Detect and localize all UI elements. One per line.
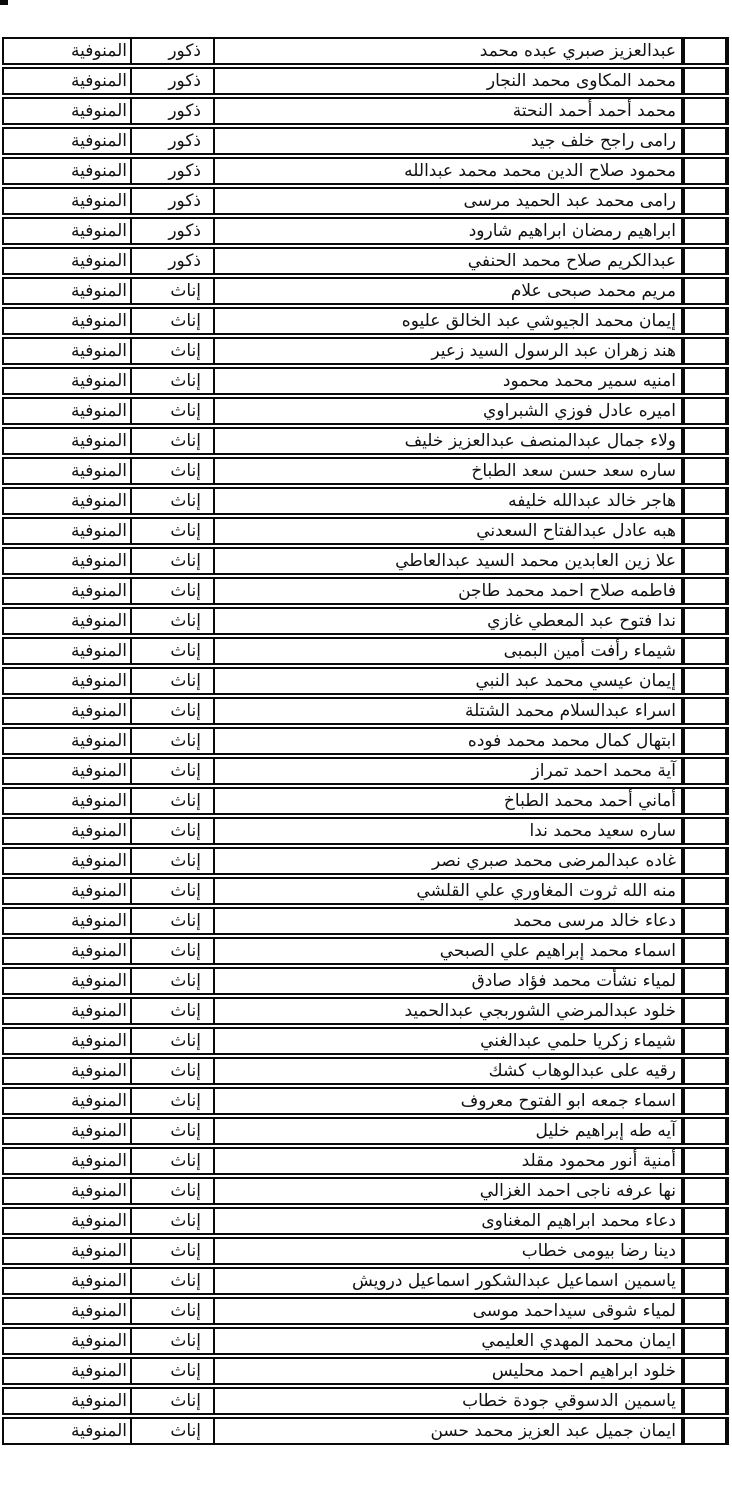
name-cell: ساره سعد حسن سعد الطباخ (213, 457, 681, 485)
table-row: اميره عادل فوزي الشبراويإناثالمنوفية (2, 397, 729, 425)
table-row: رامى محمد عبد الحميد مرسىذكورالمنوفية (2, 187, 729, 215)
name-cell: منه الله ثروت المغاوري علي القلشي (213, 877, 681, 905)
governorate-cell: المنوفية (2, 1057, 130, 1085)
serial-cell (681, 157, 729, 185)
gender-cell: إناث (130, 1177, 213, 1205)
serial-cell (681, 757, 729, 785)
scanned-roster-page: عبدالعزيز صبري عبده محمدذكورالمنوفيةمحمد… (0, 0, 732, 1500)
name-cell: عبدالكريم صلاح محمد الحنفي (213, 247, 681, 275)
governorate-cell: المنوفية (2, 1207, 130, 1235)
serial-cell (681, 937, 729, 965)
gender-cell: إناث (130, 307, 213, 335)
gender-cell: إناث (130, 1237, 213, 1265)
name-cell: عبدالعزيز صبري عبده محمد (213, 37, 681, 65)
governorate-cell: المنوفية (2, 247, 130, 275)
name-cell: ابتهال كمال محمد محمد فوده (213, 727, 681, 755)
table-row: مريم محمد صبحى علامإناثالمنوفية (2, 277, 729, 305)
governorate-cell: المنوفية (2, 637, 130, 665)
name-cell: محمود صلاح الدين محمد محمد عبدالله (213, 157, 681, 185)
table-row: ايمان محمد المهدي العليميإناثالمنوفية (2, 1327, 729, 1355)
name-cell: ساره سعيد محمد ندا (213, 817, 681, 845)
serial-cell (681, 217, 729, 245)
table-row: عبدالعزيز صبري عبده محمدذكورالمنوفية (2, 37, 729, 65)
name-cell: رامى راجح خلف جيد (213, 127, 681, 155)
serial-cell (681, 1117, 729, 1145)
name-cell: أماني أحمد محمد الطباخ (213, 787, 681, 815)
table-row: رقيه على عبدالوهاب كشكإناثالمنوفية (2, 1057, 729, 1085)
table-row: علا زين العابدين محمد السيد عبدالعاطيإنا… (2, 547, 729, 575)
gender-cell: إناث (130, 877, 213, 905)
gender-cell: إناث (130, 1267, 213, 1295)
name-cell: لمياء نشأت محمد فؤاد صادق (213, 967, 681, 995)
serial-cell (681, 367, 729, 395)
name-cell: نها عرفه ناجى احمد الغزالي (213, 1177, 681, 1205)
table-row: اسراء عبدالسلام محمد الشتلةإناثالمنوفية (2, 697, 729, 725)
serial-cell (681, 487, 729, 515)
gender-cell: إناث (130, 517, 213, 545)
name-cell: اسماء جمعه ابو الفتوح معروف (213, 1087, 681, 1115)
governorate-cell: المنوفية (2, 157, 130, 185)
serial-cell (681, 247, 729, 275)
serial-cell (681, 1057, 729, 1085)
gender-cell: إناث (130, 1057, 213, 1085)
gender-cell: ذكور (130, 127, 213, 155)
gender-cell: إناث (130, 697, 213, 725)
governorate-cell: المنوفية (2, 1147, 130, 1175)
gender-cell: إناث (130, 1117, 213, 1145)
serial-cell (681, 337, 729, 365)
name-cell: ياسمين الدسوقي جودة خطاب (213, 1387, 681, 1415)
gender-cell: إناث (130, 847, 213, 875)
table-row: إيمان محمد الجيوشي عبد الخالق عليوهإناثا… (2, 307, 729, 335)
name-cell: فاطمه صلاح احمد محمد طاجن (213, 577, 681, 605)
gender-cell: إناث (130, 667, 213, 695)
governorate-cell: المنوفية (2, 667, 130, 695)
name-cell: غاده عبدالمرضى محمد صبري نصر (213, 847, 681, 875)
gender-cell: ذكور (130, 37, 213, 65)
scan-artifact-mark (0, 0, 8, 5)
governorate-cell: المنوفية (2, 487, 130, 515)
name-cell: دينا رضا بيومى خطاب (213, 1237, 681, 1265)
serial-cell (681, 607, 729, 635)
serial-cell (681, 1327, 729, 1355)
serial-cell (681, 1417, 729, 1445)
serial-cell (681, 127, 729, 155)
governorate-cell: المنوفية (2, 877, 130, 905)
table-row: هبه عادل عبدالفتاح السعدنيإناثالمنوفية (2, 517, 729, 545)
serial-cell (681, 397, 729, 425)
governorate-cell: المنوفية (2, 127, 130, 155)
table-row: محمد أحمد أحمد النحتةذكورالمنوفية (2, 97, 729, 125)
serial-cell (681, 1147, 729, 1175)
governorate-cell: المنوفية (2, 277, 130, 305)
gender-cell: إناث (130, 967, 213, 995)
governorate-cell: المنوفية (2, 1297, 130, 1325)
governorate-cell: المنوفية (2, 187, 130, 215)
name-cell: علا زين العابدين محمد السيد عبدالعاطي (213, 547, 681, 575)
serial-cell (681, 1237, 729, 1265)
table-row: ياسمين الدسوقي جودة خطابإناثالمنوفية (2, 1387, 729, 1415)
governorate-cell: المنوفية (2, 547, 130, 575)
roster-table: عبدالعزيز صبري عبده محمدذكورالمنوفيةمحمد… (2, 35, 729, 1447)
table-row: ابراهيم رمضان ابراهيم شارودذكورالمنوفية (2, 217, 729, 245)
name-cell: أمنية أنور محمود مقلد (213, 1147, 681, 1175)
serial-cell (681, 187, 729, 215)
governorate-cell: المنوفية (2, 1387, 130, 1415)
table-row: دعاء محمد ابراهيم المغناوىإناثالمنوفية (2, 1207, 729, 1235)
roster-table-body: عبدالعزيز صبري عبده محمدذكورالمنوفيةمحمد… (2, 37, 729, 1445)
gender-cell: إناث (130, 1147, 213, 1175)
serial-cell (681, 817, 729, 845)
governorate-cell: المنوفية (2, 1087, 130, 1115)
gender-cell: إناث (130, 487, 213, 515)
serial-cell (681, 847, 729, 875)
table-row: إيمان عيسي محمد عبد النبيإناثالمنوفية (2, 667, 729, 695)
gender-cell: إناث (130, 1327, 213, 1355)
gender-cell: إناث (130, 397, 213, 425)
name-cell: اسماء محمد إبراهيم علي الصبحي (213, 937, 681, 965)
serial-cell (681, 1177, 729, 1205)
name-cell: مريم محمد صبحى علام (213, 277, 681, 305)
table-row: آية محمد احمد تمرازإناثالمنوفية (2, 757, 729, 785)
governorate-cell: المنوفية (2, 1237, 130, 1265)
table-row: ايمان جميل عبد العزيز محمد حسنإناثالمنوف… (2, 1417, 729, 1445)
serial-cell (681, 1087, 729, 1115)
gender-cell: ذكور (130, 97, 213, 125)
table-row: منه الله ثروت المغاوري علي القلشيإناثالم… (2, 877, 729, 905)
serial-cell (681, 967, 729, 995)
table-row: نها عرفه ناجى احمد الغزاليإناثالمنوفية (2, 1177, 729, 1205)
gender-cell: إناث (130, 757, 213, 785)
gender-cell: إناث (130, 997, 213, 1025)
table-row: رامى راجح خلف جيدذكورالمنوفية (2, 127, 729, 155)
name-cell: محمد أحمد أحمد النحتة (213, 97, 681, 125)
serial-cell (681, 577, 729, 605)
name-cell: هند زهران عبد الرسول السيد زعير (213, 337, 681, 365)
governorate-cell: المنوفية (2, 577, 130, 605)
governorate-cell: المنوفية (2, 1177, 130, 1205)
serial-cell (681, 1027, 729, 1055)
governorate-cell: المنوفية (2, 1027, 130, 1055)
gender-cell: إناث (130, 727, 213, 755)
table-row: محمود صلاح الدين محمد محمد عبداللهذكورال… (2, 157, 729, 185)
name-cell: شيماء رأفت أمين البمبى (213, 637, 681, 665)
table-row: اسماء جمعه ابو الفتوح معروفإناثالمنوفية (2, 1087, 729, 1115)
name-cell: هاجر خالد عبدالله خليفه (213, 487, 681, 515)
table-row: ولاء جمال عبدالمنصف عبدالعزيز خليفإناثال… (2, 427, 729, 455)
governorate-cell: المنوفية (2, 817, 130, 845)
gender-cell: إناث (130, 937, 213, 965)
serial-cell (681, 517, 729, 545)
gender-cell: إناث (130, 1357, 213, 1385)
serial-cell (681, 547, 729, 575)
name-cell: دعاء خالد مرسى محمد (213, 907, 681, 935)
serial-cell (681, 67, 729, 95)
table-row: اسماء محمد إبراهيم علي الصبحيإناثالمنوفي… (2, 937, 729, 965)
name-cell: ايمان جميل عبد العزيز محمد حسن (213, 1417, 681, 1445)
serial-cell (681, 457, 729, 485)
name-cell: آيه طه إبراهيم خليل (213, 1117, 681, 1145)
serial-cell (681, 877, 729, 905)
table-row: دينا رضا بيومى خطابإناثالمنوفية (2, 1237, 729, 1265)
name-cell: اسراء عبدالسلام محمد الشتلة (213, 697, 681, 725)
serial-cell (681, 1207, 729, 1235)
gender-cell: إناث (130, 427, 213, 455)
governorate-cell: المنوفية (2, 1417, 130, 1445)
name-cell: ياسمين اسماعيل عبدالشكور اسماعيل درويش (213, 1267, 681, 1295)
gender-cell: إناث (130, 1027, 213, 1055)
name-cell: آية محمد احمد تمراز (213, 757, 681, 785)
table-row: خلود عبدالمرضي الشوربجي عبدالحميدإناثالم… (2, 997, 729, 1025)
table-row: لمياء نشأت محمد فؤاد صادقإناثالمنوفية (2, 967, 729, 995)
serial-cell (681, 907, 729, 935)
name-cell: إيمان محمد الجيوشي عبد الخالق عليوه (213, 307, 681, 335)
name-cell: ولاء جمال عبدالمنصف عبدالعزيز خليف (213, 427, 681, 455)
serial-cell (681, 637, 729, 665)
serial-cell (681, 667, 729, 695)
name-cell: شيماء زكريا حلمي عبدالغني (213, 1027, 681, 1055)
governorate-cell: المنوفية (2, 1327, 130, 1355)
name-cell: خلود عبدالمرضي الشوربجي عبدالحميد (213, 997, 681, 1025)
gender-cell: إناث (130, 907, 213, 935)
table-row: ياسمين اسماعيل عبدالشكور اسماعيل درويشإن… (2, 1267, 729, 1295)
table-row: هند زهران عبد الرسول السيد زعيرإناثالمنو… (2, 337, 729, 365)
governorate-cell: المنوفية (2, 907, 130, 935)
governorate-cell: المنوفية (2, 397, 130, 425)
name-cell: محمد المكاوى محمد النجار (213, 67, 681, 95)
table-row: غاده عبدالمرضى محمد صبري نصرإناثالمنوفية (2, 847, 729, 875)
table-row: عبدالكريم صلاح محمد الحنفيذكورالمنوفية (2, 247, 729, 275)
table-row: فاطمه صلاح احمد محمد طاجنإناثالمنوفية (2, 577, 729, 605)
governorate-cell: المنوفية (2, 757, 130, 785)
name-cell: ابراهيم رمضان ابراهيم شارود (213, 217, 681, 245)
serial-cell (681, 997, 729, 1025)
serial-cell (681, 727, 729, 755)
gender-cell: إناث (130, 577, 213, 605)
serial-cell (681, 1387, 729, 1415)
name-cell: إيمان عيسي محمد عبد النبي (213, 667, 681, 695)
name-cell: لمياء شوقى سيداحمد موسى (213, 1297, 681, 1325)
table-row: شيماء رأفت أمين البمبىإناثالمنوفية (2, 637, 729, 665)
governorate-cell: المنوفية (2, 967, 130, 995)
gender-cell: إناث (130, 457, 213, 485)
name-cell: اميره عادل فوزي الشبراوي (213, 397, 681, 425)
gender-cell: ذكور (130, 217, 213, 245)
serial-cell (681, 1357, 729, 1385)
table-row: ساره سعد حسن سعد الطباخإناثالمنوفية (2, 457, 729, 485)
name-cell: رقيه على عبدالوهاب كشك (213, 1057, 681, 1085)
governorate-cell: المنوفية (2, 37, 130, 65)
serial-cell (681, 1267, 729, 1295)
table-row: أماني أحمد محمد الطباخإناثالمنوفية (2, 787, 729, 815)
name-cell: رامى محمد عبد الحميد مرسى (213, 187, 681, 215)
gender-cell: إناث (130, 637, 213, 665)
governorate-cell: المنوفية (2, 67, 130, 95)
table-row: شيماء زكريا حلمي عبدالغنيإناثالمنوفية (2, 1027, 729, 1055)
gender-cell: إناث (130, 337, 213, 365)
name-cell: ندا فتوح عبد المعطي غازي (213, 607, 681, 635)
gender-cell: إناث (130, 1417, 213, 1445)
governorate-cell: المنوفية (2, 337, 130, 365)
serial-cell (681, 37, 729, 65)
table-row: أمنية أنور محمود مقلدإناثالمنوفية (2, 1147, 729, 1175)
governorate-cell: المنوفية (2, 937, 130, 965)
governorate-cell: المنوفية (2, 1267, 130, 1295)
governorate-cell: المنوفية (2, 697, 130, 725)
governorate-cell: المنوفية (2, 457, 130, 485)
gender-cell: ذكور (130, 157, 213, 185)
gender-cell: إناث (130, 1207, 213, 1235)
table-row: خلود ابراهيم احمد محليسإناثالمنوفية (2, 1357, 729, 1385)
gender-cell: إناث (130, 787, 213, 815)
governorate-cell: المنوفية (2, 217, 130, 245)
table-row: محمد المكاوى محمد النجارذكورالمنوفية (2, 67, 729, 95)
governorate-cell: المنوفية (2, 1357, 130, 1385)
governorate-cell: المنوفية (2, 517, 130, 545)
gender-cell: ذكور (130, 247, 213, 275)
table-row: ساره سعيد محمد نداإناثالمنوفية (2, 817, 729, 845)
name-cell: امنيه سمير محمد محمود (213, 367, 681, 395)
gender-cell: إناث (130, 1087, 213, 1115)
table-row: ندا فتوح عبد المعطي غازيإناثالمنوفية (2, 607, 729, 635)
governorate-cell: المنوفية (2, 1117, 130, 1145)
table-row: لمياء شوقى سيداحمد موسىإناثالمنوفية (2, 1297, 729, 1325)
name-cell: خلود ابراهيم احمد محليس (213, 1357, 681, 1385)
serial-cell (681, 277, 729, 305)
gender-cell: ذكور (130, 187, 213, 215)
table-row: ابتهال كمال محمد محمد فودهإناثالمنوفية (2, 727, 729, 755)
governorate-cell: المنوفية (2, 307, 130, 335)
governorate-cell: المنوفية (2, 607, 130, 635)
table-row: امنيه سمير محمد محمودإناثالمنوفية (2, 367, 729, 395)
name-cell: دعاء محمد ابراهيم المغناوى (213, 1207, 681, 1235)
governorate-cell: المنوفية (2, 427, 130, 455)
serial-cell (681, 307, 729, 335)
gender-cell: إناث (130, 607, 213, 635)
governorate-cell: المنوفية (2, 847, 130, 875)
serial-cell (681, 697, 729, 725)
serial-cell (681, 1297, 729, 1325)
gender-cell: إناث (130, 1297, 213, 1325)
governorate-cell: المنوفية (2, 97, 130, 125)
governorate-cell: المنوفية (2, 367, 130, 395)
table-row: دعاء خالد مرسى محمدإناثالمنوفية (2, 907, 729, 935)
table-row: هاجر خالد عبدالله خليفهإناثالمنوفية (2, 487, 729, 515)
gender-cell: إناث (130, 367, 213, 395)
governorate-cell: المنوفية (2, 727, 130, 755)
serial-cell (681, 427, 729, 455)
serial-cell (681, 787, 729, 815)
governorate-cell: المنوفية (2, 787, 130, 815)
gender-cell: إناث (130, 277, 213, 305)
governorate-cell: المنوفية (2, 997, 130, 1025)
gender-cell: إناث (130, 1387, 213, 1415)
name-cell: هبه عادل عبدالفتاح السعدني (213, 517, 681, 545)
gender-cell: ذكور (130, 67, 213, 95)
serial-cell (681, 97, 729, 125)
gender-cell: إناث (130, 547, 213, 575)
table-row: آيه طه إبراهيم خليلإناثالمنوفية (2, 1117, 729, 1145)
name-cell: ايمان محمد المهدي العليمي (213, 1327, 681, 1355)
gender-cell: إناث (130, 817, 213, 845)
